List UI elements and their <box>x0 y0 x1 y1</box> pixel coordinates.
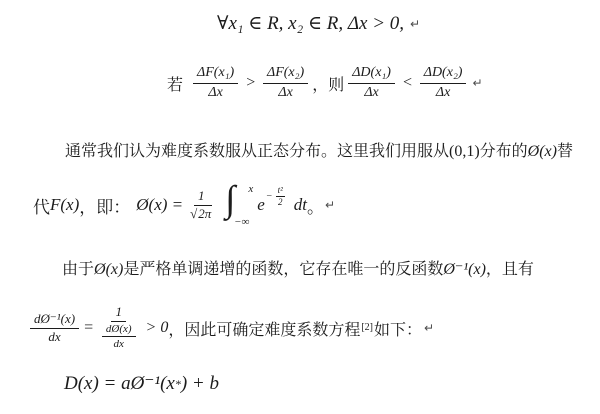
exponent-fraction: t² 2 <box>276 185 285 207</box>
math-e: e <box>257 195 265 215</box>
fraction-numerator: ΔF(x₁) <box>193 65 238 83</box>
equation-normal-cdf: 代 F(x) ，即： Ø(x) = 1 √2π ∫ x −∞ e − t² 2 … <box>33 181 335 229</box>
equals-sign: = <box>83 319 94 337</box>
equation-inverse-derivative: dØ⁻¹(x) dx = 1 dØ(x) dx > 0 ，因此可确定难度系数方程… <box>30 298 434 358</box>
fraction-numerator: t² <box>276 185 285 196</box>
math-phi-inverse-x: Ø⁻¹(x) <box>443 261 486 278</box>
zh-period: 。 <box>307 193 324 218</box>
paragraph-return-icon: ↵ <box>410 17 420 31</box>
fraction-one-over-dphi: 1 dØ(x) dx <box>98 305 140 351</box>
equation-monotonic-condition: 若 ΔF(x₁) Δx > ΔF(x₂) Δx ，则 ΔD(x₁) Δx < Δ… <box>167 58 483 108</box>
fraction-denominator: Δx <box>360 84 382 101</box>
equation-difficulty-coefficient: D(x) = aØ⁻¹(x*) + b <box>64 372 219 395</box>
math-phi-x: Ø(x) <box>528 143 557 160</box>
integral-upper-bound: x <box>248 183 253 195</box>
zh-ruo: 若 <box>167 72 183 95</box>
math-F-x: F(x) <box>50 195 79 215</box>
integral-with-bounds: ∫ x −∞ <box>221 183 255 227</box>
math-dt: dt <box>294 195 307 215</box>
greater-than-sign: > <box>245 74 256 92</box>
fraction-numerator: 1 <box>194 189 209 206</box>
paragraph-return-icon: ↵ <box>325 198 335 212</box>
fraction-denominator: √2π <box>186 206 216 222</box>
fraction-numerator: dØ(x) <box>102 323 136 338</box>
paragraph-inverse-function: 由于Ø(x)是严格单调递增的函数，它存在唯一的反函数Ø⁻¹(x)，且有 <box>62 256 534 279</box>
fraction-numerator: ΔD(x₁) <box>348 65 395 83</box>
nested-fraction-dphi-dx: dØ(x) dx <box>102 323 136 351</box>
greater-than-zero: > 0 <box>146 319 169 337</box>
equation-text: D(x) = aØ⁻¹(x <box>64 372 175 395</box>
zh-text: ，因此可确定难度系数方程 <box>168 317 360 340</box>
math-phi-equals: Ø(x) = <box>136 195 183 215</box>
fraction-dphi-inverse: dØ⁻¹(x) dx <box>30 312 79 345</box>
fraction-numerator: 1 <box>111 305 126 322</box>
exponent-minus-t2-over-2: − t² 2 <box>266 185 288 207</box>
equation-text: ∀x₁ ∈ R, x₂ ∈ R, Δx > 0, <box>217 12 404 35</box>
minus-sign: − <box>266 191 273 202</box>
zh-dai: 代 <box>33 193 50 218</box>
fraction-df1: ΔF(x₁) Δx <box>193 65 238 100</box>
fraction-numerator: dØ⁻¹(x) <box>30 312 79 329</box>
fraction-denominator: dØ(x) dx <box>98 322 140 351</box>
paragraph-normal-distribution: 通常我们认为难度系数服从正态分布。这里我们用服从(0,1)分布的Ø(x)替 <box>65 138 573 161</box>
zh-text: 替 <box>557 143 573 160</box>
equation-text: ) + b <box>181 373 219 395</box>
integral-lower-bound: −∞ <box>234 216 249 228</box>
fraction-dd2: ΔD(x₂) Δx <box>420 65 467 100</box>
fraction-df2: ΔF(x₂) Δx <box>263 65 308 100</box>
fraction-one-over-sqrt2pi: 1 √2π <box>186 189 216 222</box>
equation-forall-definition: ∀x₁ ∈ R, x₂ ∈ R, Δx > 0, ↵ <box>217 12 420 35</box>
zh-text: 通常我们认为难度系数服从正态分布。这里我们用服从(0,1)分布的 <box>65 143 528 160</box>
less-than-sign: < <box>402 74 413 92</box>
fraction-denominator: 2 <box>276 197 285 207</box>
zh-text: 由于 <box>62 261 94 278</box>
fraction-dd1: ΔD(x₁) Δx <box>348 65 395 100</box>
math-phi-x: Ø(x) <box>94 261 123 278</box>
fraction-denominator: Δx <box>432 84 454 101</box>
fraction-denominator: dx <box>44 329 64 345</box>
paragraph-return-icon: ↵ <box>424 321 434 335</box>
paragraph-return-icon: ↵ <box>472 76 482 90</box>
fraction-numerator: ΔD(x₂) <box>420 65 467 83</box>
zh-ji: ，即： <box>79 193 130 218</box>
fraction-denominator: dx <box>110 337 128 351</box>
fraction-denominator: Δx <box>274 84 296 101</box>
zh-text: ，且有 <box>486 261 534 278</box>
zh-text: 如下： <box>374 317 422 340</box>
fraction-numerator: ΔF(x₂) <box>263 65 308 83</box>
zh-comma-ze: ，则 <box>312 72 344 95</box>
radicand: 2π <box>197 205 212 221</box>
fraction-denominator: Δx <box>204 84 226 101</box>
citation-reference: [2] <box>361 323 373 333</box>
zh-text: 是严格单调递增的函数，它存在唯一的反函数 <box>123 261 443 278</box>
document-page: ∀x₁ ∈ R, x₂ ∈ R, Δx > 0, ↵ 若 ΔF(x₁) Δx >… <box>0 0 600 414</box>
